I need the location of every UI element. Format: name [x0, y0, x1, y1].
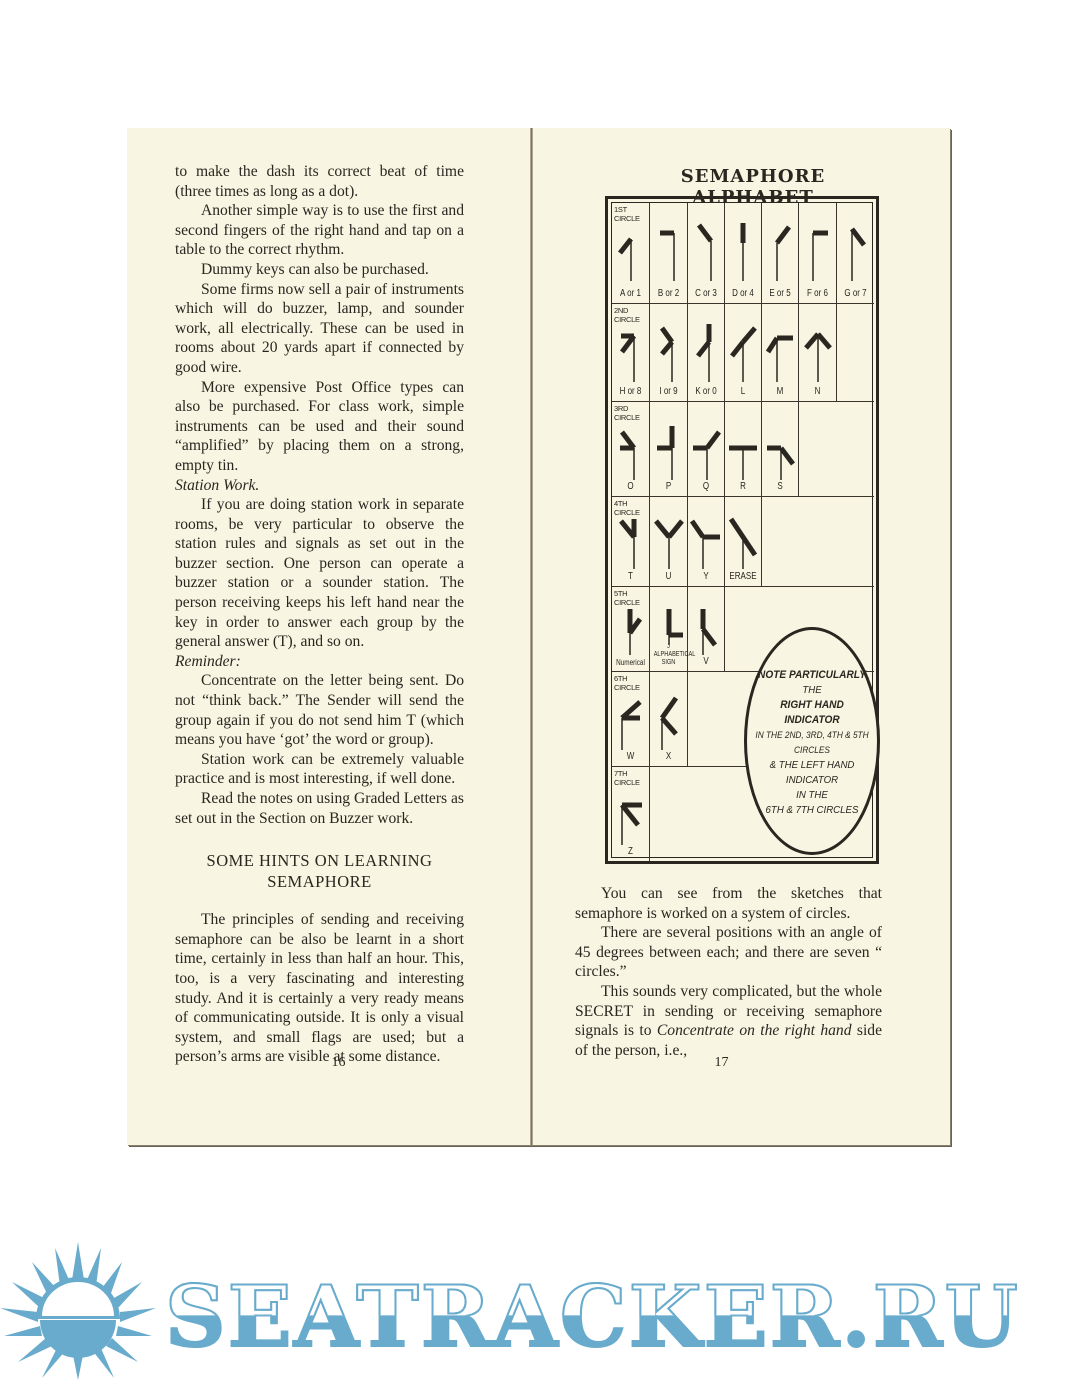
- semaphore-cell-q: Q: [688, 402, 725, 497]
- semaphore-cell-g: G or 7: [837, 203, 874, 304]
- cell-label: Q: [692, 481, 721, 492]
- semaphore-e-icon: [763, 221, 797, 283]
- cell-label: N: [803, 386, 833, 397]
- semaphore-cell-z: 7TH CIRCLE Z: [612, 767, 650, 861]
- semaphore-cell-e: E or 5: [762, 203, 799, 304]
- sun-logo-icon: [0, 1240, 160, 1380]
- cell-label: F or 6: [803, 288, 833, 299]
- section-heading-line: SOME HINTS ON LEARNING: [175, 850, 464, 871]
- semaphore-cell-h: 2ND CIRCLE H or 8: [612, 304, 650, 402]
- paragraph: The principles of sending and receiving …: [175, 910, 464, 1067]
- semaphore-p-icon: [652, 420, 686, 482]
- semaphore-c-icon: [689, 221, 723, 283]
- semaphore-k-icon: [689, 322, 723, 384]
- cell-label: T: [616, 571, 646, 582]
- paragraph: There are several positions with an angl…: [575, 923, 882, 982]
- note-line: IN THE 2ND, 3RD, 4TH & 5TH CIRCLES: [752, 728, 872, 758]
- semaphore-cell-b: B or 2: [650, 203, 688, 304]
- cell-label: ERASE: [729, 571, 758, 582]
- paragraph: More expensive Post Office types can als…: [175, 378, 464, 476]
- semaphore-cell-x: X: [650, 672, 688, 767]
- semaphore-chart: 1ST CIRCLE A or 1 B or 2 C or 3 D or 4: [605, 196, 879, 864]
- subheading-station-work: Station Work.: [175, 476, 464, 496]
- semaphore-a-icon: [614, 221, 648, 283]
- semaphore-y-icon: [689, 515, 723, 571]
- cell-label: V: [692, 656, 721, 667]
- semaphore-r-icon: [726, 420, 760, 482]
- cell-label: J ALPHABETICAL SIGN: [654, 643, 684, 667]
- semaphore-cell-k: K or 0: [688, 304, 725, 402]
- cell-label: D or 4: [729, 288, 758, 299]
- semaphore-t-icon: [614, 515, 648, 571]
- cell-label: S: [766, 481, 795, 492]
- semaphore-cell-r: R: [725, 402, 762, 497]
- paragraph: You can see from the sketches that semap…: [575, 884, 882, 923]
- semaphore-chart-inner: 1ST CIRCLE A or 1 B or 2 C or 3 D or 4: [611, 202, 873, 858]
- semaphore-erase-icon: [726, 515, 760, 571]
- cell-label: X: [654, 751, 684, 762]
- note-line: IN THE: [752, 788, 872, 803]
- semaphore-m-icon: [763, 322, 797, 384]
- semaphore-x-icon: [652, 690, 686, 752]
- page-number: 16: [127, 1055, 540, 1071]
- note-line: & THE LEFT HAND INDICATOR: [752, 758, 872, 788]
- watermark-logo: SEATRACKER.RU SEATRACKER.RU: [0, 1240, 1080, 1370]
- semaphore-cell-t: 4TH CIRCLE T: [612, 497, 650, 587]
- semaphore-b-icon: [652, 221, 686, 283]
- semaphore-cell-f: F or 6: [799, 203, 837, 304]
- semaphore-d-icon: [726, 221, 760, 283]
- semaphore-u-icon: [652, 515, 686, 571]
- semaphore-q-icon: [689, 420, 723, 482]
- cell-label: O: [616, 481, 646, 492]
- semaphore-cell-d: D or 4: [725, 203, 762, 304]
- subheading-reminder: Reminder:: [175, 652, 464, 672]
- semaphore-cell-erase: ERASE: [725, 497, 762, 587]
- semaphore-z-icon: [614, 785, 648, 847]
- semaphore-cell-m: M: [762, 304, 799, 402]
- note-line: THE: [752, 683, 872, 698]
- cell-label: R: [729, 481, 758, 492]
- semaphore-cell-u: U: [650, 497, 688, 587]
- cell-label: E or 5: [766, 288, 795, 299]
- cell-label: U: [654, 571, 684, 582]
- empty-cell: [762, 497, 874, 587]
- semaphore-cell-l: L: [725, 304, 762, 402]
- semaphore-cell-numerical: 5TH CIRCLE Numerical: [612, 587, 650, 672]
- cell-label: B or 2: [654, 288, 684, 299]
- note-oval: NOTE PARTICULARLY THE RIGHT HAND INDICAT…: [744, 627, 880, 855]
- cell-label: Numerical: [616, 658, 646, 667]
- cell-label: P: [654, 481, 684, 492]
- semaphore-l-icon: [726, 322, 760, 384]
- paragraph: This sounds very complicated, but the wh…: [575, 982, 882, 1060]
- cell-label: W: [616, 751, 646, 762]
- paragraph: If you are doing station work in separat…: [175, 495, 464, 652]
- emphasis-text: Concentrate on the right hand: [657, 1022, 852, 1039]
- semaphore-f-icon: [801, 221, 835, 283]
- semaphore-cell-v: V: [688, 587, 725, 672]
- semaphore-cell-s: S: [762, 402, 799, 497]
- paragraph: Some firms now sell a pair of instrument…: [175, 280, 464, 378]
- semaphore-o-icon: [614, 420, 648, 482]
- cell-label: H or 8: [616, 386, 646, 397]
- cell-label: L: [729, 386, 758, 397]
- cell-label: I or 9: [654, 386, 684, 397]
- empty-cell: [799, 402, 874, 497]
- paragraph: Dummy keys can also be purchased.: [175, 260, 464, 280]
- semaphore-w-icon: [614, 690, 648, 752]
- semaphore-v-icon: [689, 605, 723, 657]
- cell-label: A or 1: [616, 288, 646, 299]
- cell-label: Y: [692, 571, 721, 582]
- cell-label: M: [766, 386, 795, 397]
- page-number: 17: [513, 1055, 930, 1071]
- cell-label: C or 3: [692, 288, 721, 299]
- paragraph: to make the dash its correct beat of tim…: [175, 162, 464, 201]
- semaphore-cell-n: N: [799, 304, 837, 402]
- semaphore-cell-o: 3RD CIRCLE O: [612, 402, 650, 497]
- semaphore-s-icon: [763, 420, 797, 482]
- note-line: RIGHT HAND INDICATOR: [752, 698, 872, 728]
- section-heading-line: SEMAPHORE: [175, 871, 464, 892]
- semaphore-cell-i: I or 9: [650, 304, 688, 402]
- note-line: NOTE PARTICULARLY: [752, 668, 872, 683]
- left-page-body: to make the dash its correct beat of tim…: [175, 162, 464, 1067]
- left-page: to make the dash its correct beat of tim…: [127, 128, 530, 1145]
- semaphore-cell-y: Y: [688, 497, 725, 587]
- note-line: 6TH & 7TH CIRCLES: [752, 803, 872, 818]
- cell-label: K or 0: [692, 386, 721, 397]
- semaphore-i-icon: [652, 322, 686, 384]
- cell-label: G or 7: [841, 288, 871, 299]
- empty-cell: [837, 304, 874, 402]
- semaphore-cell-j: J ALPHABETICAL SIGN: [650, 587, 688, 672]
- semaphore-n-icon: [801, 322, 835, 384]
- semaphore-cell-a: 1ST CIRCLE A or 1: [612, 203, 650, 304]
- cell-label: Z: [616, 846, 646, 857]
- right-page-body: You can see from the sketches that semap…: [575, 884, 882, 1060]
- note-text: NOTE PARTICULARLY THE RIGHT HAND INDICAT…: [752, 668, 872, 818]
- paragraph: Read the notes on using Graded Letters a…: [175, 789, 464, 828]
- semaphore-cell-p: P: [650, 402, 688, 497]
- semaphore-h-icon: [614, 322, 648, 384]
- section-heading: SOME HINTS ON LEARNING SEMAPHORE: [175, 850, 464, 892]
- paragraph: Concentrate on the letter being sent. Do…: [175, 671, 464, 749]
- book-spread: to make the dash its correct beat of tim…: [127, 128, 950, 1145]
- paragraph: Another simple way is to use the first a…: [175, 201, 464, 260]
- semaphore-cell-w: 6TH CIRCLE W: [612, 672, 650, 767]
- semaphore-numerical-icon: [614, 605, 648, 657]
- paragraph: Station work can be extremely valuable p…: [175, 750, 464, 789]
- semaphore-cell-c: C or 3: [688, 203, 725, 304]
- right-page: SEMAPHORE ALPHABET 1ST CIRCLE A or 1 B o…: [533, 128, 950, 1145]
- semaphore-g-icon: [839, 221, 873, 283]
